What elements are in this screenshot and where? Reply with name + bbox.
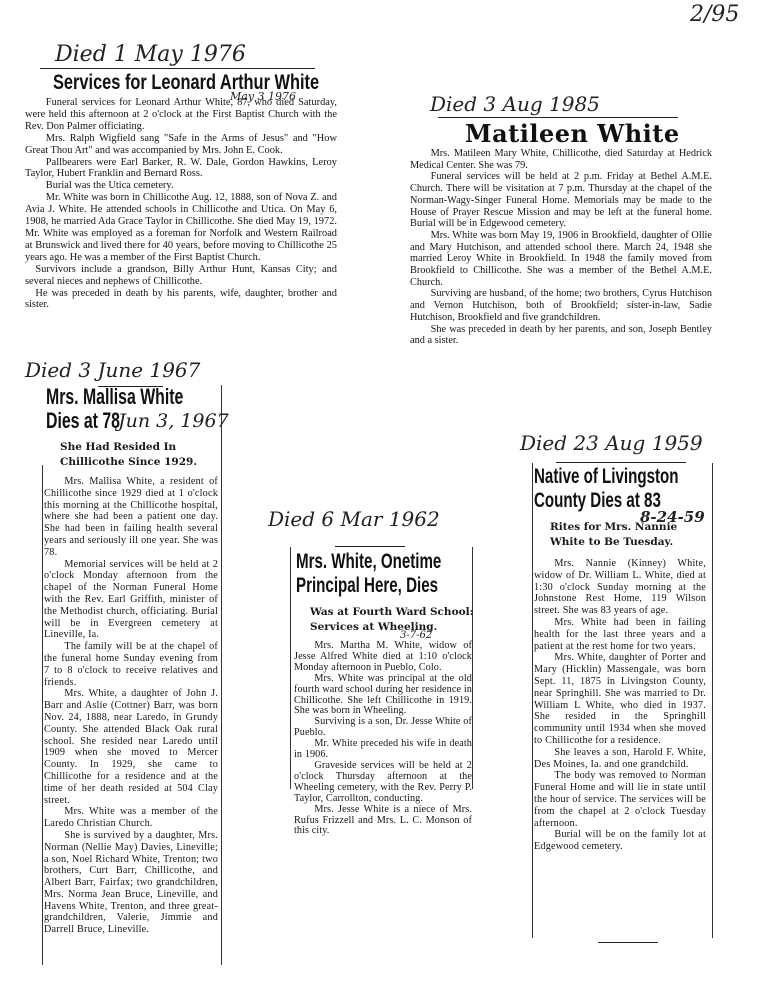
paragraph: Mrs. White, daughter of Porter and Mary … <box>534 652 706 746</box>
handwritten-death-date: Died 3 Aug 1985 <box>430 92 600 116</box>
paragraph: Mrs. Jesse White is a niece of Mrs. Rufu… <box>294 805 472 838</box>
paragraph: Graveside services will be held at 2 o'c… <box>294 761 472 805</box>
paragraph: He was preceded in death by his parents,… <box>25 288 337 312</box>
paragraph: Mrs. White was born May 19, 1906 in Broo… <box>410 230 712 289</box>
paragraph: Burial will be on the family lot at Edge… <box>534 829 706 853</box>
paragraph: She was preceded in death by her parents… <box>410 324 712 347</box>
subheadline-line: Rites for Mrs. Nannie <box>550 520 677 535</box>
paragraph: Mrs. White was principal at the old four… <box>294 674 472 718</box>
article-body: Mrs. Mallisa White, a resident of Chilli… <box>44 476 218 936</box>
paragraph: Memorial services will be held at 2 o'cl… <box>44 559 218 642</box>
subheadline: She Had Resided In Chillicothe Since 192… <box>60 440 197 470</box>
paragraph: Mr. White preceded his wife in death in … <box>294 739 472 761</box>
paragraph: Survivors include a grandson, Billy Arth… <box>25 264 337 288</box>
divider <box>438 117 678 118</box>
headline-line: Mrs. White, Onetime <box>296 550 441 574</box>
headline: Native of Livingston County Dies at 83 <box>534 465 678 513</box>
divider <box>40 68 315 69</box>
paragraph: Burial was the Utica cemetery. <box>25 180 337 192</box>
article-body: Mrs. Nannie (Kinney) White, widow of Dr.… <box>534 558 706 853</box>
subheadline-line: Chillicothe Since 1929. <box>60 455 197 470</box>
subheadline-line: Services at Wheeling. <box>310 620 473 635</box>
paragraph: She leaves a son, Harold F. White, Des M… <box>534 747 706 771</box>
paragraph: The body was removed to Norman Funeral H… <box>534 770 706 829</box>
paragraph: Mrs. White, a daughter of John J. Barr a… <box>44 688 218 806</box>
subheadline: Rites for Mrs. Nannie White to Be Tuesda… <box>550 520 677 550</box>
headline-line: Native of Livingston <box>534 465 678 489</box>
paragraph: Pallbearers were Earl Barker, R. W. Dale… <box>25 157 337 181</box>
handwritten-date-annotation: Jun 3, 1967 <box>118 410 229 432</box>
paragraph: Mrs. White was a member of the Laredo Ch… <box>44 806 218 830</box>
headline-line: Principal Here, Dies <box>296 574 441 598</box>
obituary-clipping-mallisa: Mrs. Mallisa White Dies at 78 Jun 3, 196… <box>40 380 258 970</box>
subheadline-line: White to Be Tuesday. <box>550 535 677 550</box>
paragraph: She is survived by a daughter, Mrs. Norm… <box>44 830 218 936</box>
divider <box>598 942 658 943</box>
headline-line: Mrs. Mallisa White <box>46 385 183 409</box>
paragraph: Mrs. Martha M. White, widow of Jesse Alf… <box>294 641 472 674</box>
handwritten-death-date: Died 23 Aug 1959 <box>520 431 703 455</box>
obituary-clipping-nannie: Native of Livingston County Dies at 83 8… <box>530 460 720 940</box>
paragraph: Mrs. Nannie (Kinney) White, widow of Dr.… <box>534 558 706 617</box>
page-number-annotation: 2/95 <box>690 2 739 27</box>
paragraph: The family will be at the chapel of the … <box>44 641 218 688</box>
headline: Mrs. White, Onetime Principal Here, Dies <box>296 550 441 598</box>
subheadline-line: Was at Fourth Ward School: <box>310 605 473 620</box>
handwritten-death-date: Died 6 Mar 1962 <box>268 507 440 531</box>
headline: Matileen White <box>465 119 680 148</box>
paragraph: Mrs. White had been in failing health fo… <box>534 617 706 652</box>
paragraph: Mrs. Ralph Wigfield sang "Safe in the Ar… <box>25 133 337 157</box>
handwritten-death-date: Died 1 May 1976 <box>55 42 246 67</box>
paragraph: Funeral services will be held at 2 p.m. … <box>410 171 712 230</box>
article-body: Mrs. Martha M. White, widow of Jesse Alf… <box>294 641 472 837</box>
paragraph: Mrs. Mallisa White, a resident of Chilli… <box>44 476 218 559</box>
handwritten-death-date: Died 3 June 1967 <box>25 358 200 382</box>
subheadline-line: She Had Resided In <box>60 440 197 455</box>
obituary-clipping-martha: Mrs. White, Onetime Principal Here, Dies… <box>290 545 482 785</box>
paragraph: Funeral services for Leonard Arthur Whit… <box>25 97 337 133</box>
paragraph: Surviving is a son, Dr. Jesse White of P… <box>294 717 472 739</box>
article-body: Funeral services for Leonard Arthur Whit… <box>25 97 337 311</box>
paragraph: Surviving are husband, of the home; two … <box>410 288 712 323</box>
article-body: Mrs. Matileen Mary White, Chillicothe, d… <box>410 148 712 347</box>
paragraph: Mr. White was born in Chillicothe Aug. 1… <box>25 192 337 263</box>
subheadline: Was at Fourth Ward School: Services at W… <box>310 605 473 634</box>
paragraph: Mrs. Matileen Mary White, Chillicothe, d… <box>410 148 712 171</box>
